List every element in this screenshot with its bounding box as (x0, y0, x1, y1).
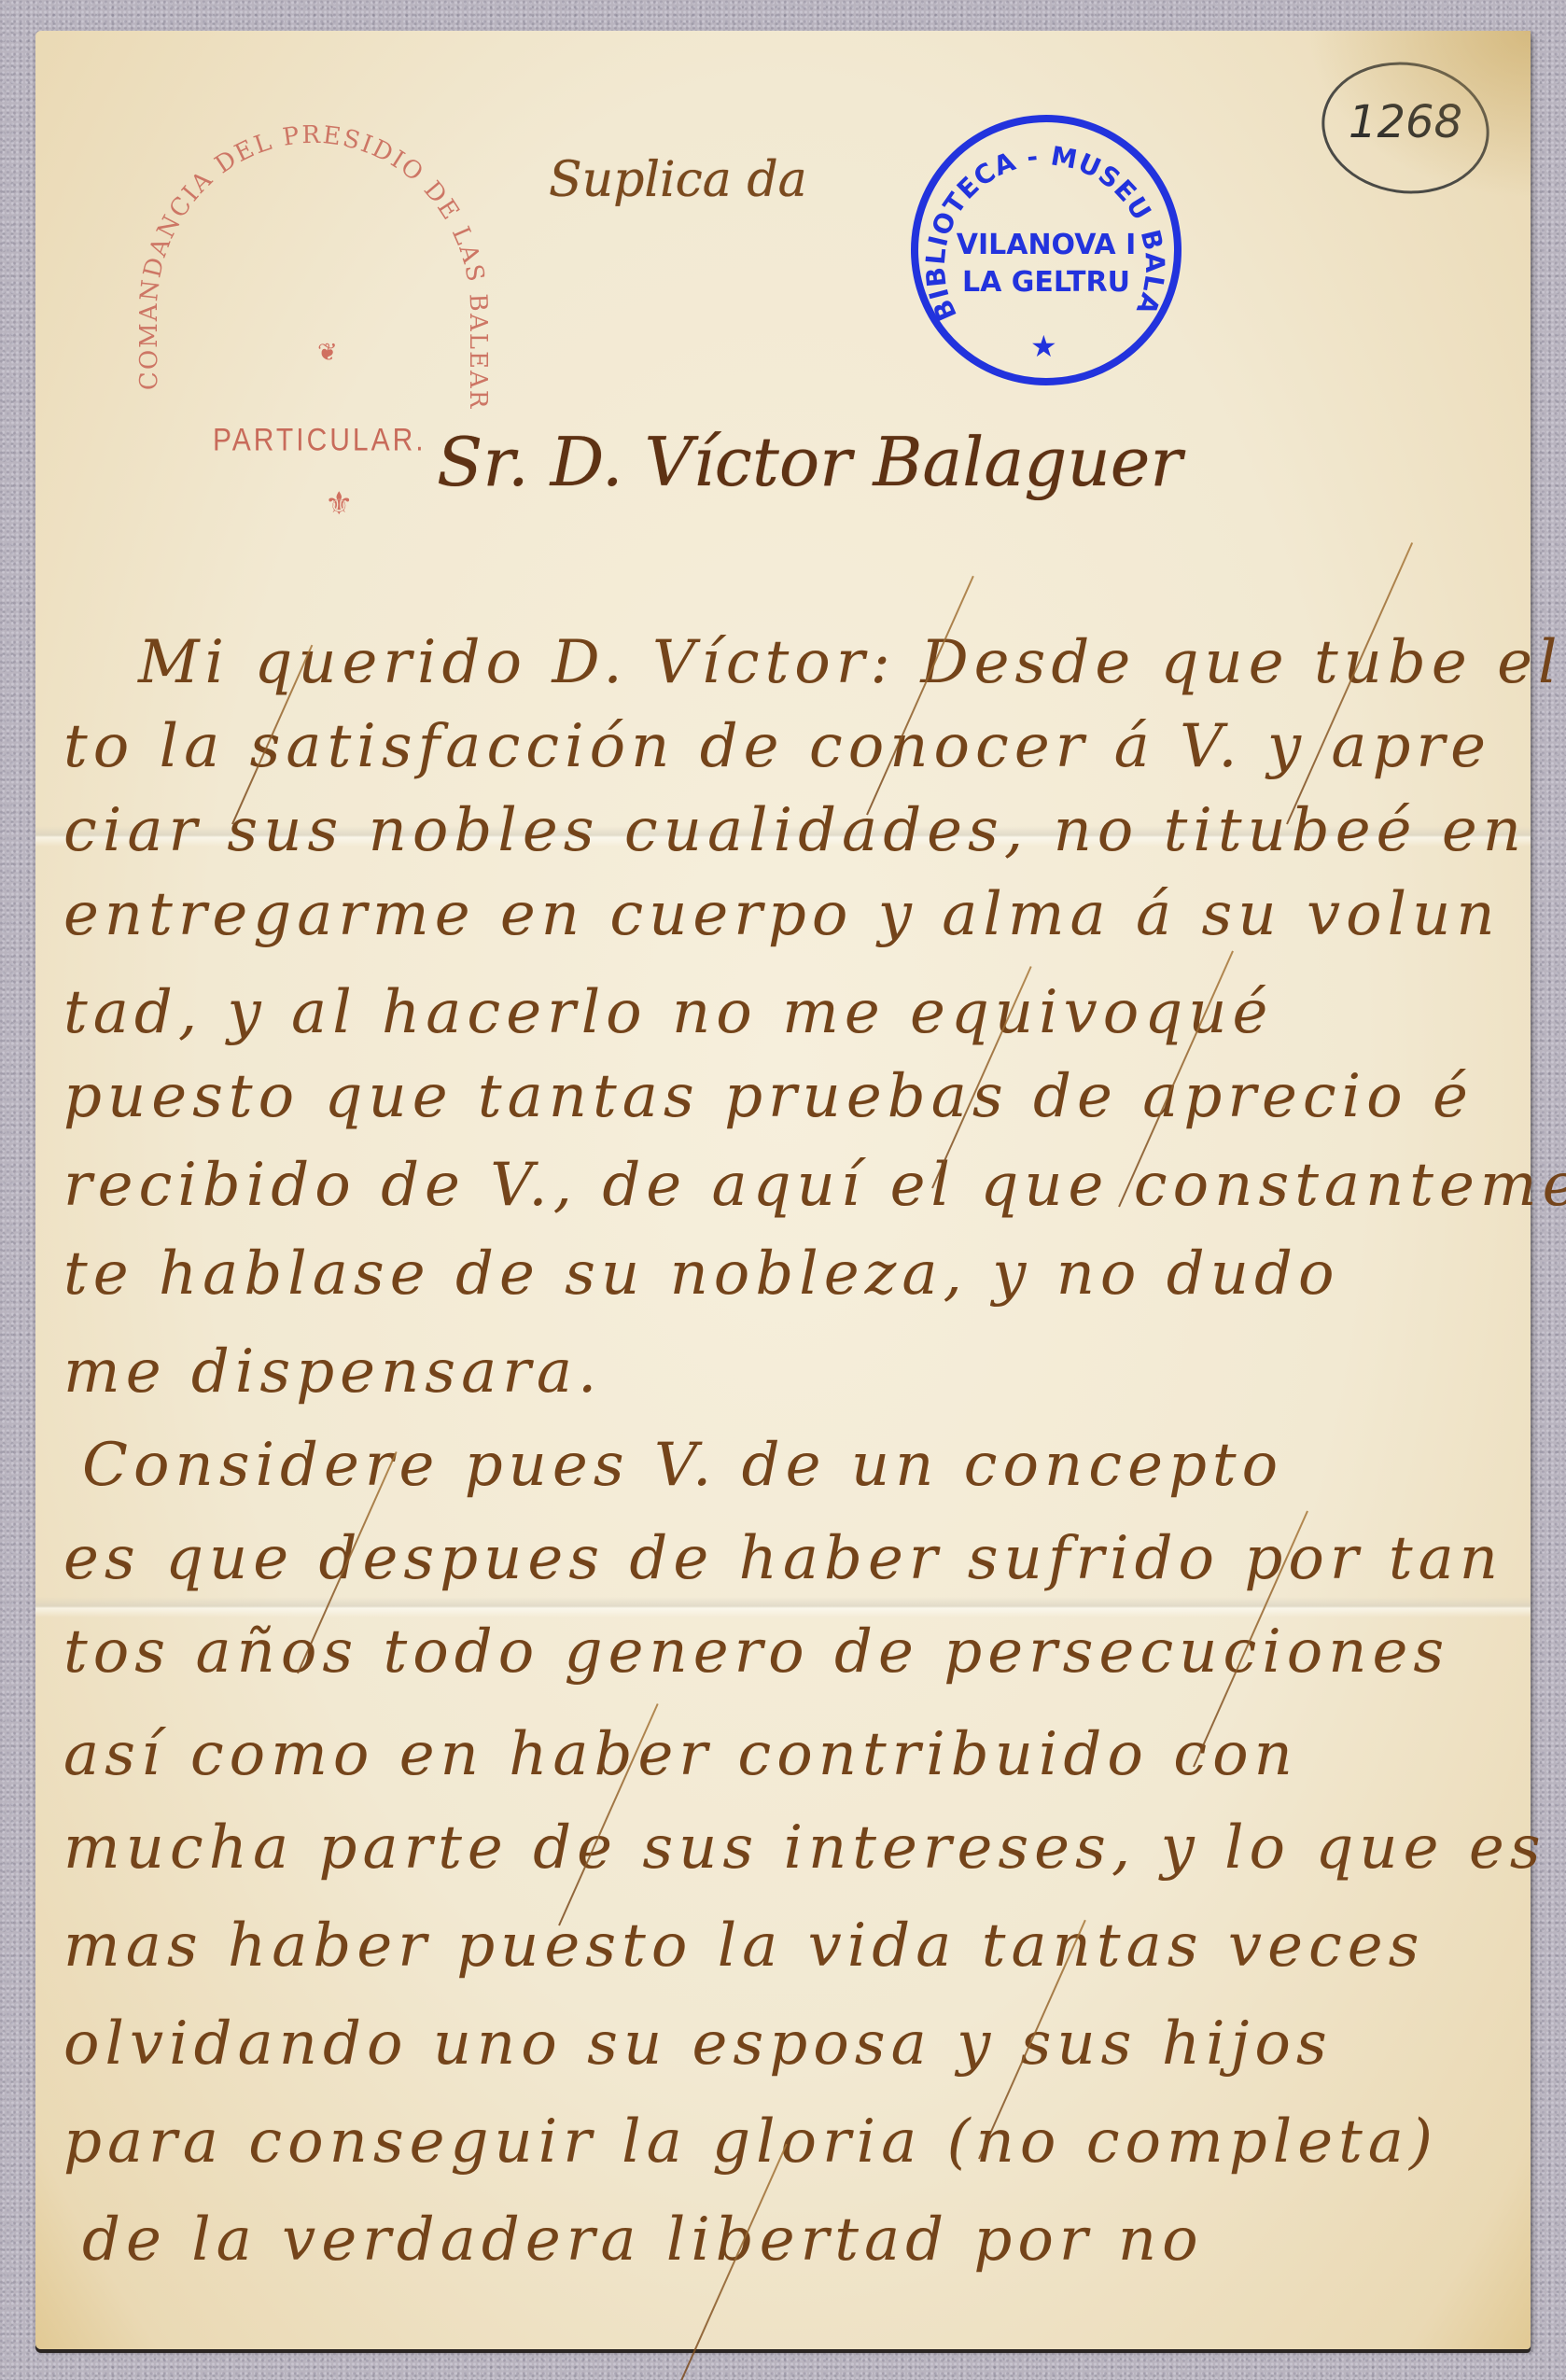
letter-line: mucha parte de sus intereses, y lo que e… (63, 1813, 1546, 1883)
letterhead-label: PARTICULAR. (213, 422, 426, 458)
star-icon: ★ (1030, 331, 1057, 361)
stamp-line-2: LA GELTRU (911, 264, 1181, 301)
letter-line: tad, y al hacerlo no me equivoqué (63, 978, 1273, 1047)
letter-line: me dispensara. (63, 1337, 602, 1407)
letter-line: te hablase de su nobleza, y no dudo (63, 1239, 1339, 1309)
letterhead-arch-text: COMANDANCIA DEL PRESIDIO DE LAS BALEARES (101, 96, 492, 410)
letter-line: ciar sus nobles cualidades, no titubeé e… (63, 796, 1527, 865)
letter-line: de la verdadera libertad por no (82, 2205, 1204, 2275)
letter-line: es que despues de haber sufrido por tan (63, 1524, 1503, 1593)
ornament-icon: ❦ (317, 341, 338, 365)
addressee: Sr. D. Víctor Balaguer (437, 423, 1182, 501)
catalog-number-text: 1268 (1321, 96, 1489, 148)
letter-line: tos años todo genero de persecuciones (63, 1617, 1449, 1687)
letter-line: así como en haber contribuido con (63, 1720, 1298, 1789)
stamp-center-text: VILANOVA I LA GELTRU (911, 227, 1181, 301)
letter-line: Mi querido D. Víctor: Desde que tube el … (138, 628, 1566, 697)
letter-line: Considere pues V. de un concepto (82, 1431, 1283, 1500)
letter-line: mas haber puesto la vida tantas veces (63, 1911, 1425, 1981)
stamp-line-1: VILANOVA I (911, 227, 1181, 264)
fleur-ornament-icon: ⚜ (325, 488, 353, 520)
svg-text:COMANDANCIA DEL PRESIDIO DE LA: COMANDANCIA DEL PRESIDIO DE LAS BALEARES (101, 96, 492, 410)
letter-line: para conseguir la gloria (no completa) (63, 2107, 1438, 2177)
letter-line: olvidando uno su esposa y sus hijos (63, 2009, 1333, 2079)
library-stamp: BIBLIOTECA - MUSEU BALAGUER VILANOVA I L… (911, 115, 1181, 385)
letter-line: entregarme en cuerpo y alma á su volun (63, 880, 1501, 949)
catalog-number: 1268 (1321, 63, 1489, 193)
letter-line: puesto que tantas pruebas de aprecio é (63, 1062, 1474, 1131)
fold-crease-lower (35, 1597, 1531, 1617)
header-note: Suplica da (549, 152, 807, 208)
letter-sheet: COMANDANCIA DEL PRESIDIO DE LAS BALEARES… (35, 31, 1531, 2349)
letter-line: recibido de V., de aquí el que constante… (63, 1151, 1566, 1220)
